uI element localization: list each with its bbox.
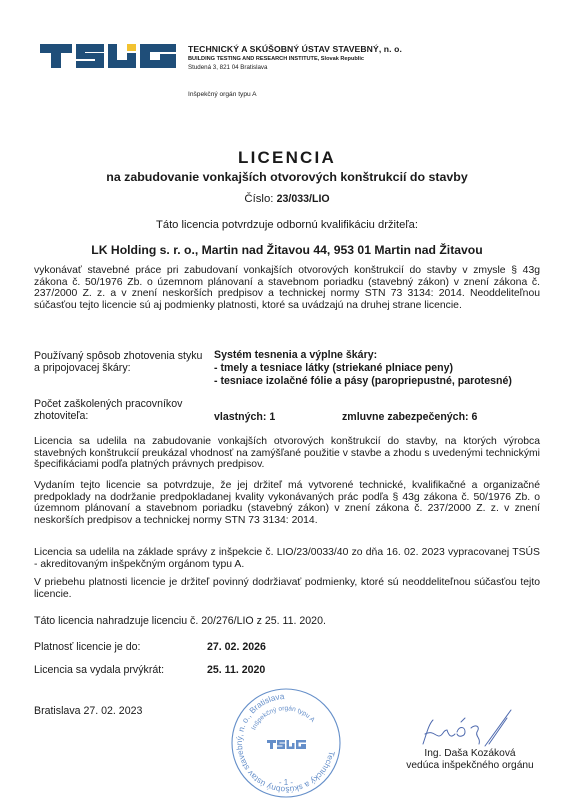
first-issued-value: 25. 11. 2020	[207, 664, 265, 676]
method-line: - tesniace izolačné fólie a pásy (paropr…	[214, 375, 512, 388]
granted-paragraph: Licencia sa udelila na zabudovanie vonka…	[34, 436, 540, 471]
basis-paragraph: Licencia sa udelila na základe správy z …	[34, 547, 540, 570]
license-document: TECHNICKÝ A SKÚŠOBNÝ ÚSTAV STAVEBNÝ, n. …	[0, 0, 574, 812]
method-line: Systém tesnenia a výplne škáry:	[214, 349, 512, 362]
document-subtitle: na zabudovanie vonkajších otvorových kon…	[0, 170, 574, 184]
confirms-paragraph: Vydaním tejto licencie sa potvrdzuje, že…	[34, 480, 540, 526]
signature-icon	[415, 706, 515, 750]
replaces-paragraph: Táto licencia nahradzuje licenciu č. 20/…	[34, 616, 540, 628]
method-value: Systém tesnenia a výplne škáry: - tmely …	[214, 349, 512, 387]
conditions-paragraph: V priebehu platnosti licencie je držiteľ…	[34, 577, 540, 600]
official-stamp-icon: Technický a skúšobný ústav stavebný, n. …	[229, 686, 343, 800]
valid-until-value: 27. 02. 2026	[207, 641, 266, 653]
scope-paragraph: vykonávať stavebné práce pri zabudovaní …	[34, 265, 540, 311]
confirmation-text: Táto licencia potvrdzuje odbornú kvalifi…	[0, 219, 574, 231]
valid-until-label: Platnosť licencie je do:	[34, 641, 140, 653]
own-workers-label: vlastných:	[214, 411, 266, 423]
first-issued-label: Licencia sa vydala prvýkrát:	[34, 664, 164, 676]
license-number-value: 23/033/LIO	[277, 193, 330, 205]
place-and-date: Bratislava 27. 02. 2023	[34, 705, 142, 717]
method-label: Používaný spôsob zhotovenia styku a prip…	[34, 350, 204, 374]
organization-header: TECHNICKÝ A SKÚŠOBNÝ ÚSTAV STAVEBNÝ, n. …	[188, 44, 402, 71]
own-workers-value: 1	[269, 411, 275, 423]
org-address: Studená 3, 821 04 Bratislava	[188, 64, 402, 71]
tsus-logo-icon	[40, 42, 178, 70]
signatory-name: Ing. Daša Kozáková	[400, 748, 540, 760]
method-line: - tmely a tesniace látky (striekané plni…	[214, 362, 512, 375]
svg-text:- 1 -: - 1 -	[279, 778, 294, 787]
org-name-english: BUILDING TESTING AND RESEARCH INSTITUTE,…	[188, 56, 402, 62]
license-number: Číslo: 23/033/LIO	[0, 193, 574, 205]
license-number-label: Číslo:	[244, 193, 273, 205]
org-name: TECHNICKÝ A SKÚŠOBNÝ ÚSTAV STAVEBNÝ, n. …	[188, 44, 402, 54]
inspection-body-type: Inšpekčný orgán typu A	[188, 91, 257, 98]
contract-workers-label: zmluvne zabezpečených:	[342, 411, 469, 423]
signatory-role: vedúca inšpekčného orgánu	[400, 760, 540, 772]
document-title: LICENCIA	[0, 148, 574, 168]
license-holder: LK Holding s. r. o., Martin nad Žitavou …	[0, 243, 574, 257]
own-workers: vlastných: 1	[214, 411, 275, 424]
contract-workers-value: 6	[472, 411, 478, 423]
signatory-block: Ing. Daša Kozáková vedúca inšpekčného or…	[400, 748, 540, 771]
contract-workers: zmluvne zabezpečených: 6	[342, 411, 477, 424]
workers-label: Počet zaškolených pracovníkov zhotoviteľ…	[34, 398, 204, 422]
